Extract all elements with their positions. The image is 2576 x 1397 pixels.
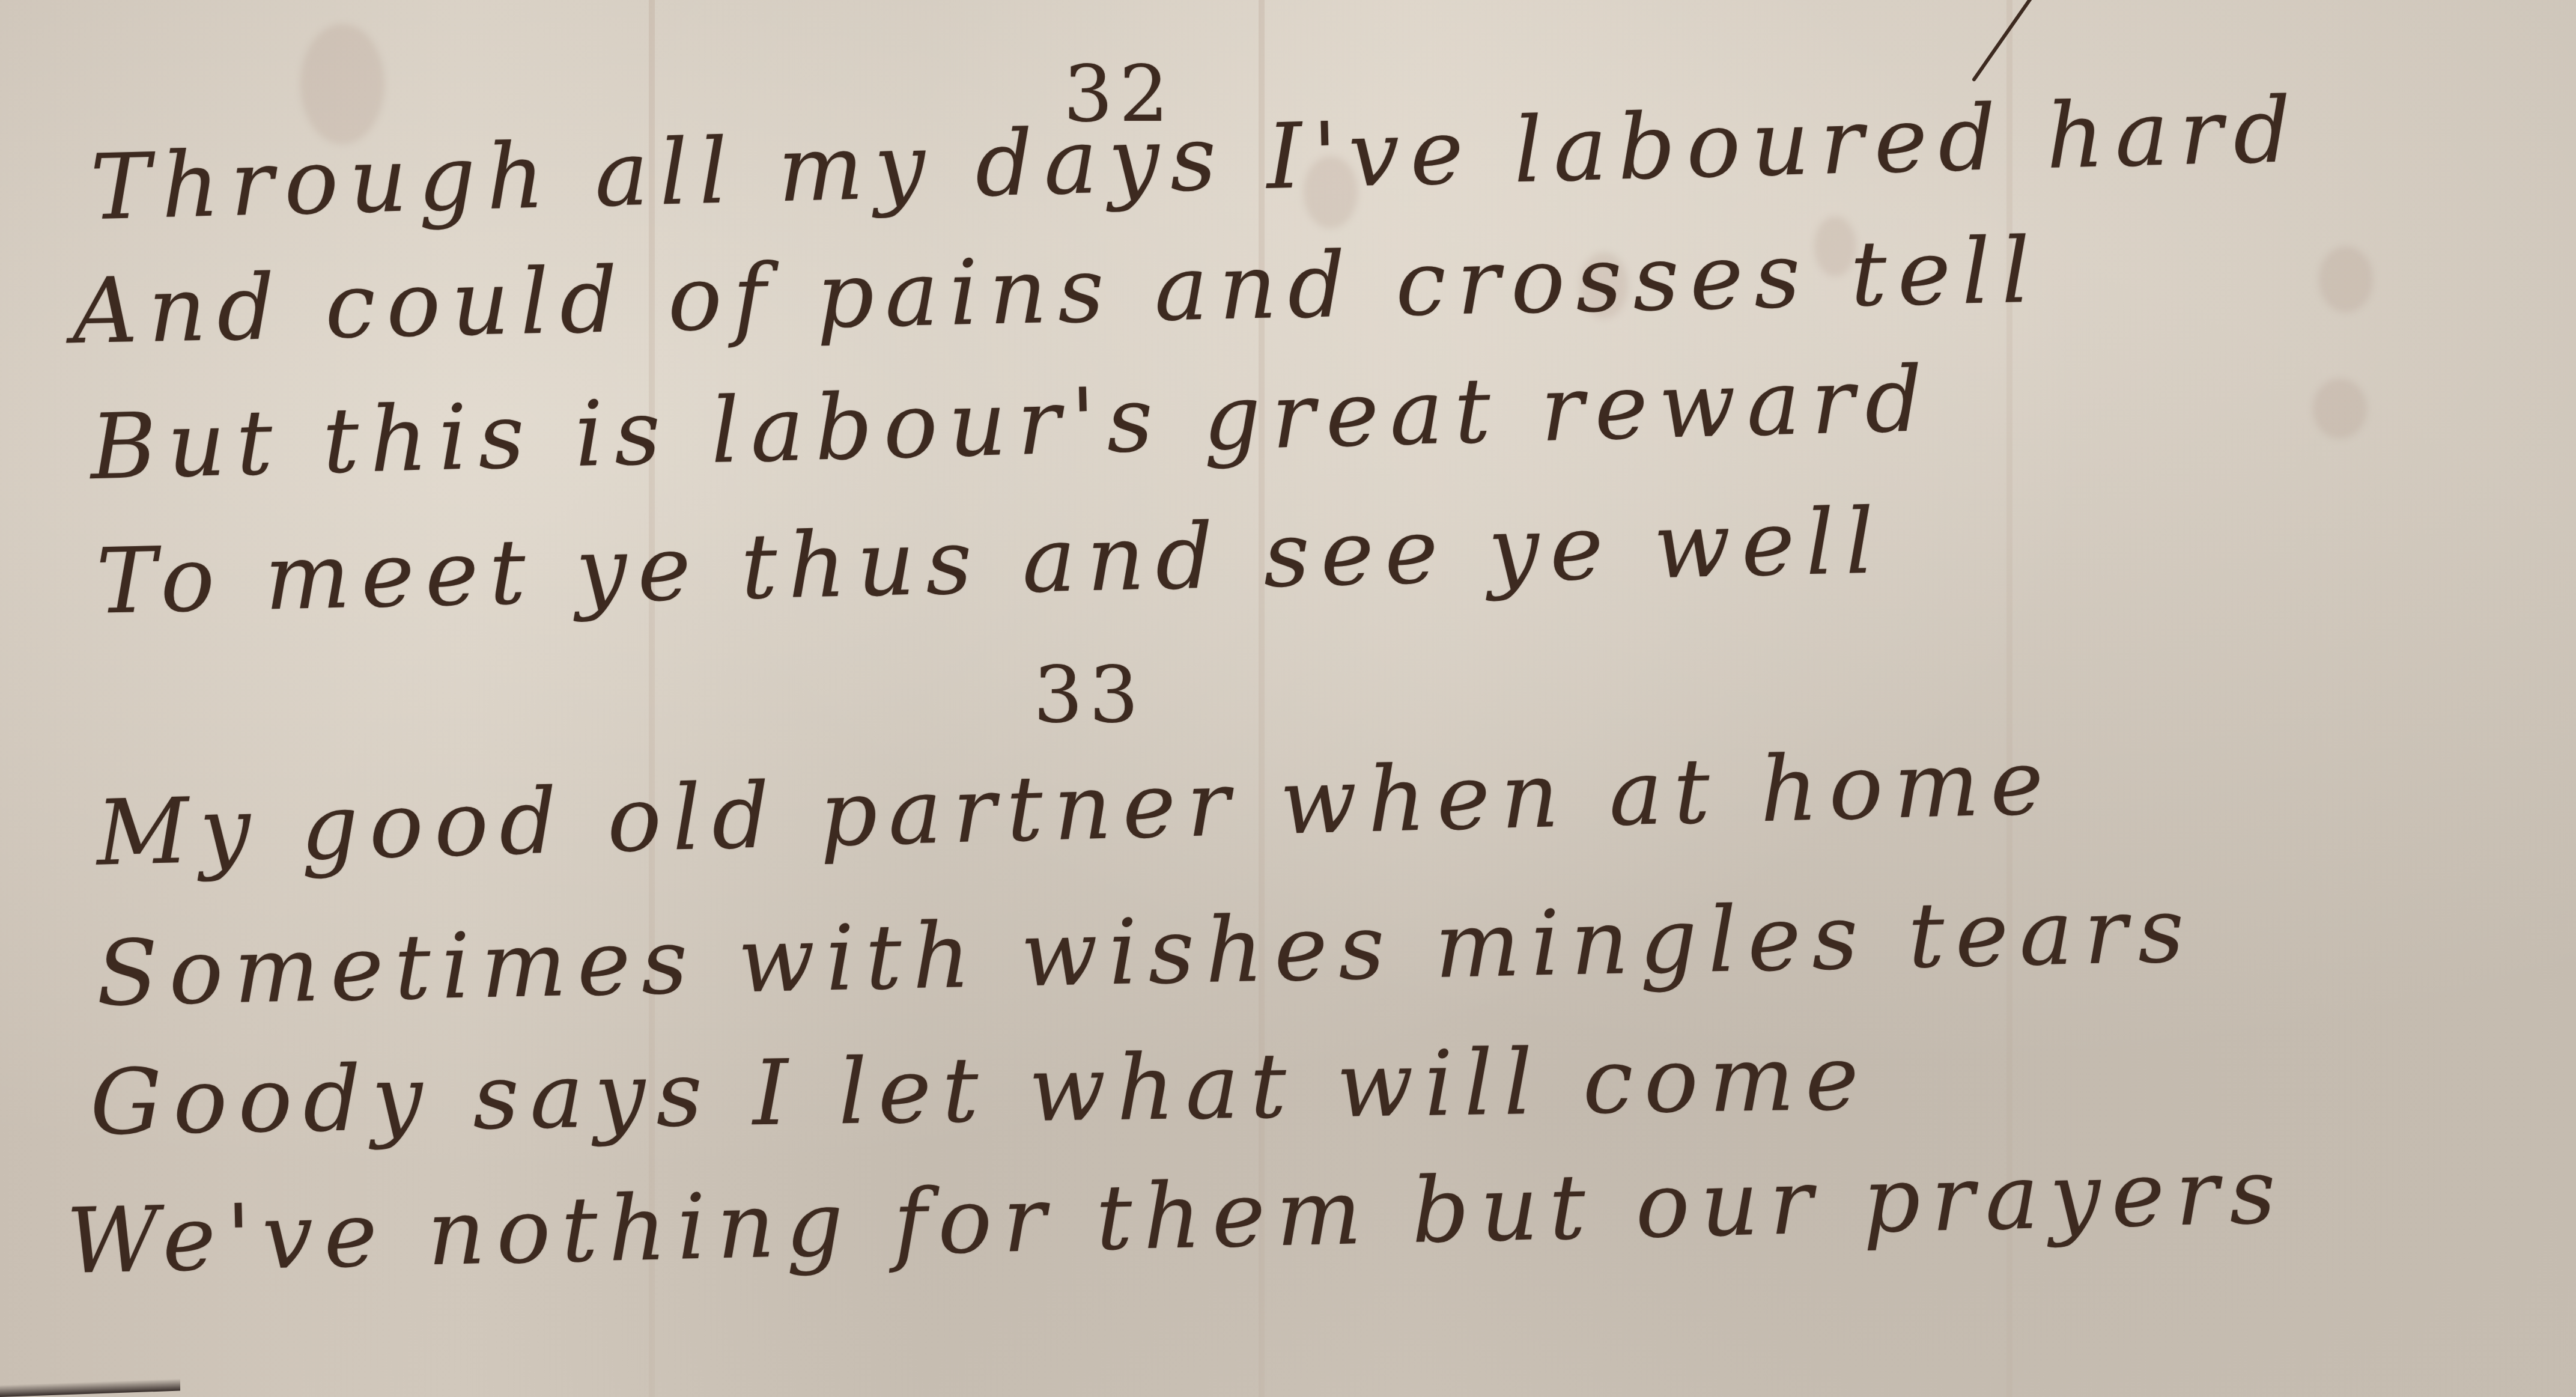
- ink-show-through-stain: [2319, 246, 2373, 312]
- verse-33-line-4: We've nothing for them but our prayers: [65, 1146, 2288, 1287]
- verse-32-line-3: But this is labour's great reward: [90, 355, 1935, 493]
- verse-32-line-4: To meet ye thus and see ye well: [96, 496, 1886, 627]
- verse-32-line-1: Through all my days I've laboured hard: [90, 85, 2303, 233]
- ink-show-through-stain: [300, 24, 384, 144]
- manuscript-page: 32 Through all my days I've laboured har…: [0, 0, 2576, 1397]
- verse-33-line-2: Sometimes with wishes mingles tears: [96, 885, 2196, 1019]
- verse-33-line-1: My good old partner when at home: [96, 737, 2056, 878]
- verse-number-33: 33: [1033, 649, 1144, 740]
- verse-33-line-3: Goody says I let what will come: [90, 1033, 1870, 1148]
- pen-stroke-mark: [1972, 0, 2033, 82]
- page-corner-shadow: [0, 1379, 180, 1397]
- verse-32-line-2: And could of pains and crosses tell: [71, 226, 2042, 358]
- ink-show-through-stain: [2313, 379, 2367, 439]
